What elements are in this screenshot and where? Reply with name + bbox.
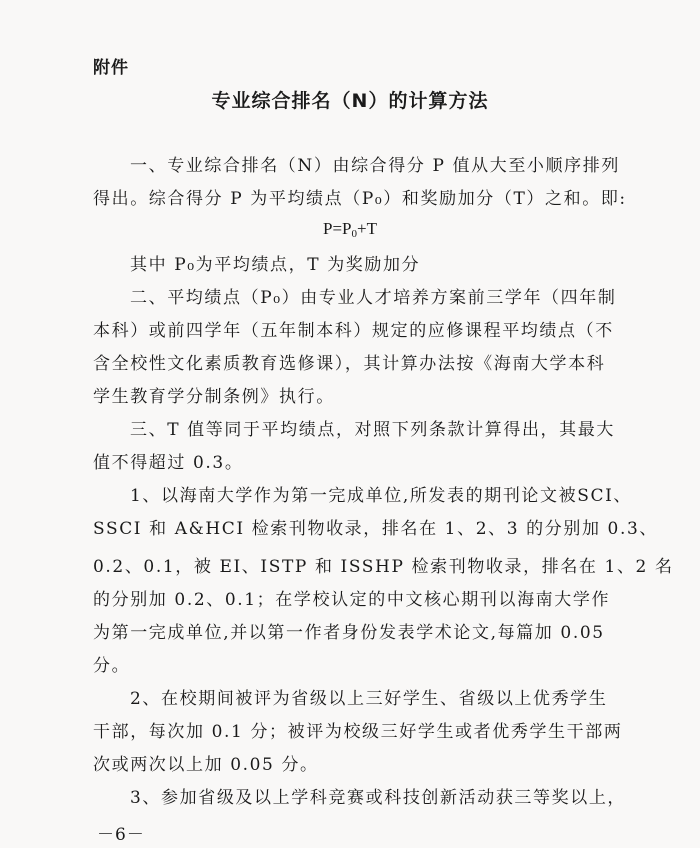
paragraph-1-line-1: 一、专业综合排名（N）由综合得分 P 值从大至小顺序排列	[130, 156, 623, 176]
item-2-line-2: 干部，每次加 0.1 分；被评为校级三好学生或者优秀学生干部两	[93, 722, 623, 742]
item-1-line-1: 1、以海南大学作为第一完成单位,所发表的期刊论文被SCI、	[130, 486, 623, 506]
paragraph-2-line-2: 本科）或前四学年（五年制本科）规定的应修课程平均绩点（不	[93, 321, 623, 341]
item-2-line-1: 2、在校期间被评为省级以上三好学生、省级以上优秀学生	[130, 689, 623, 709]
document-page: 附件 专业综合排名（N）的计算方法 一、专业综合排名（N）由综合得分 P 值从大…	[0, 0, 700, 848]
paragraph-2-line-3: 含全校性文化素质教育选修课），其计算办法按《海南大学本科	[93, 354, 623, 374]
formula-rhs: +T	[357, 219, 377, 238]
attachment-label: 附件	[93, 53, 129, 78]
item-1-line-5: 为第一完成单位,并以第一作者身份发表学术论文,每篇加 0.05	[93, 623, 623, 643]
item-1-line-4: 的分别加 0.2、0.1；在学校认定的中文核心期刊以海南大学作	[93, 590, 623, 610]
item-3-line-1: 3、参加省级及以上学科竞赛或科技创新活动获三等奖以上，	[130, 788, 623, 808]
paragraph-3-line-1: 三、T 值等同于平均绩点，对照下列条款计算得出，其最大	[130, 420, 623, 440]
paragraph-2-line-4: 学生教育学分制条例》执行。	[93, 387, 623, 407]
item-1-line-2: SSCI 和 A&HCI 检索刊物收录，排名在 1、2、3 的分别加 0.3、	[93, 519, 623, 539]
document-title: 专业综合排名（N）的计算方法	[0, 86, 700, 113]
formula: P=P0+T	[0, 219, 700, 240]
formula-lhs: P=P	[323, 219, 352, 238]
paragraph-3-line-2: 值不得超过 0.3。	[93, 453, 623, 473]
formula-explanation: 其中 P₀为平均绩点，T 为奖励加分	[130, 255, 623, 275]
item-1-line-6: 分。	[93, 656, 623, 676]
item-2-line-3: 次或两次以上加 0.05 分。	[93, 755, 623, 775]
paragraph-2-line-1: 二、平均绩点（P₀）由专业人才培养方案前三学年（四年制	[130, 288, 623, 308]
page-number: －6－	[97, 820, 145, 845]
item-1-line-3: 0.2、0.1，被 EI、ISTP 和 ISSHP 检索刊物收录，排名在 1、2…	[93, 557, 623, 577]
paragraph-1-line-2: 得出。综合得分 P 为平均绩点（P₀）和奖励加分（T）之和。即:	[93, 189, 623, 209]
